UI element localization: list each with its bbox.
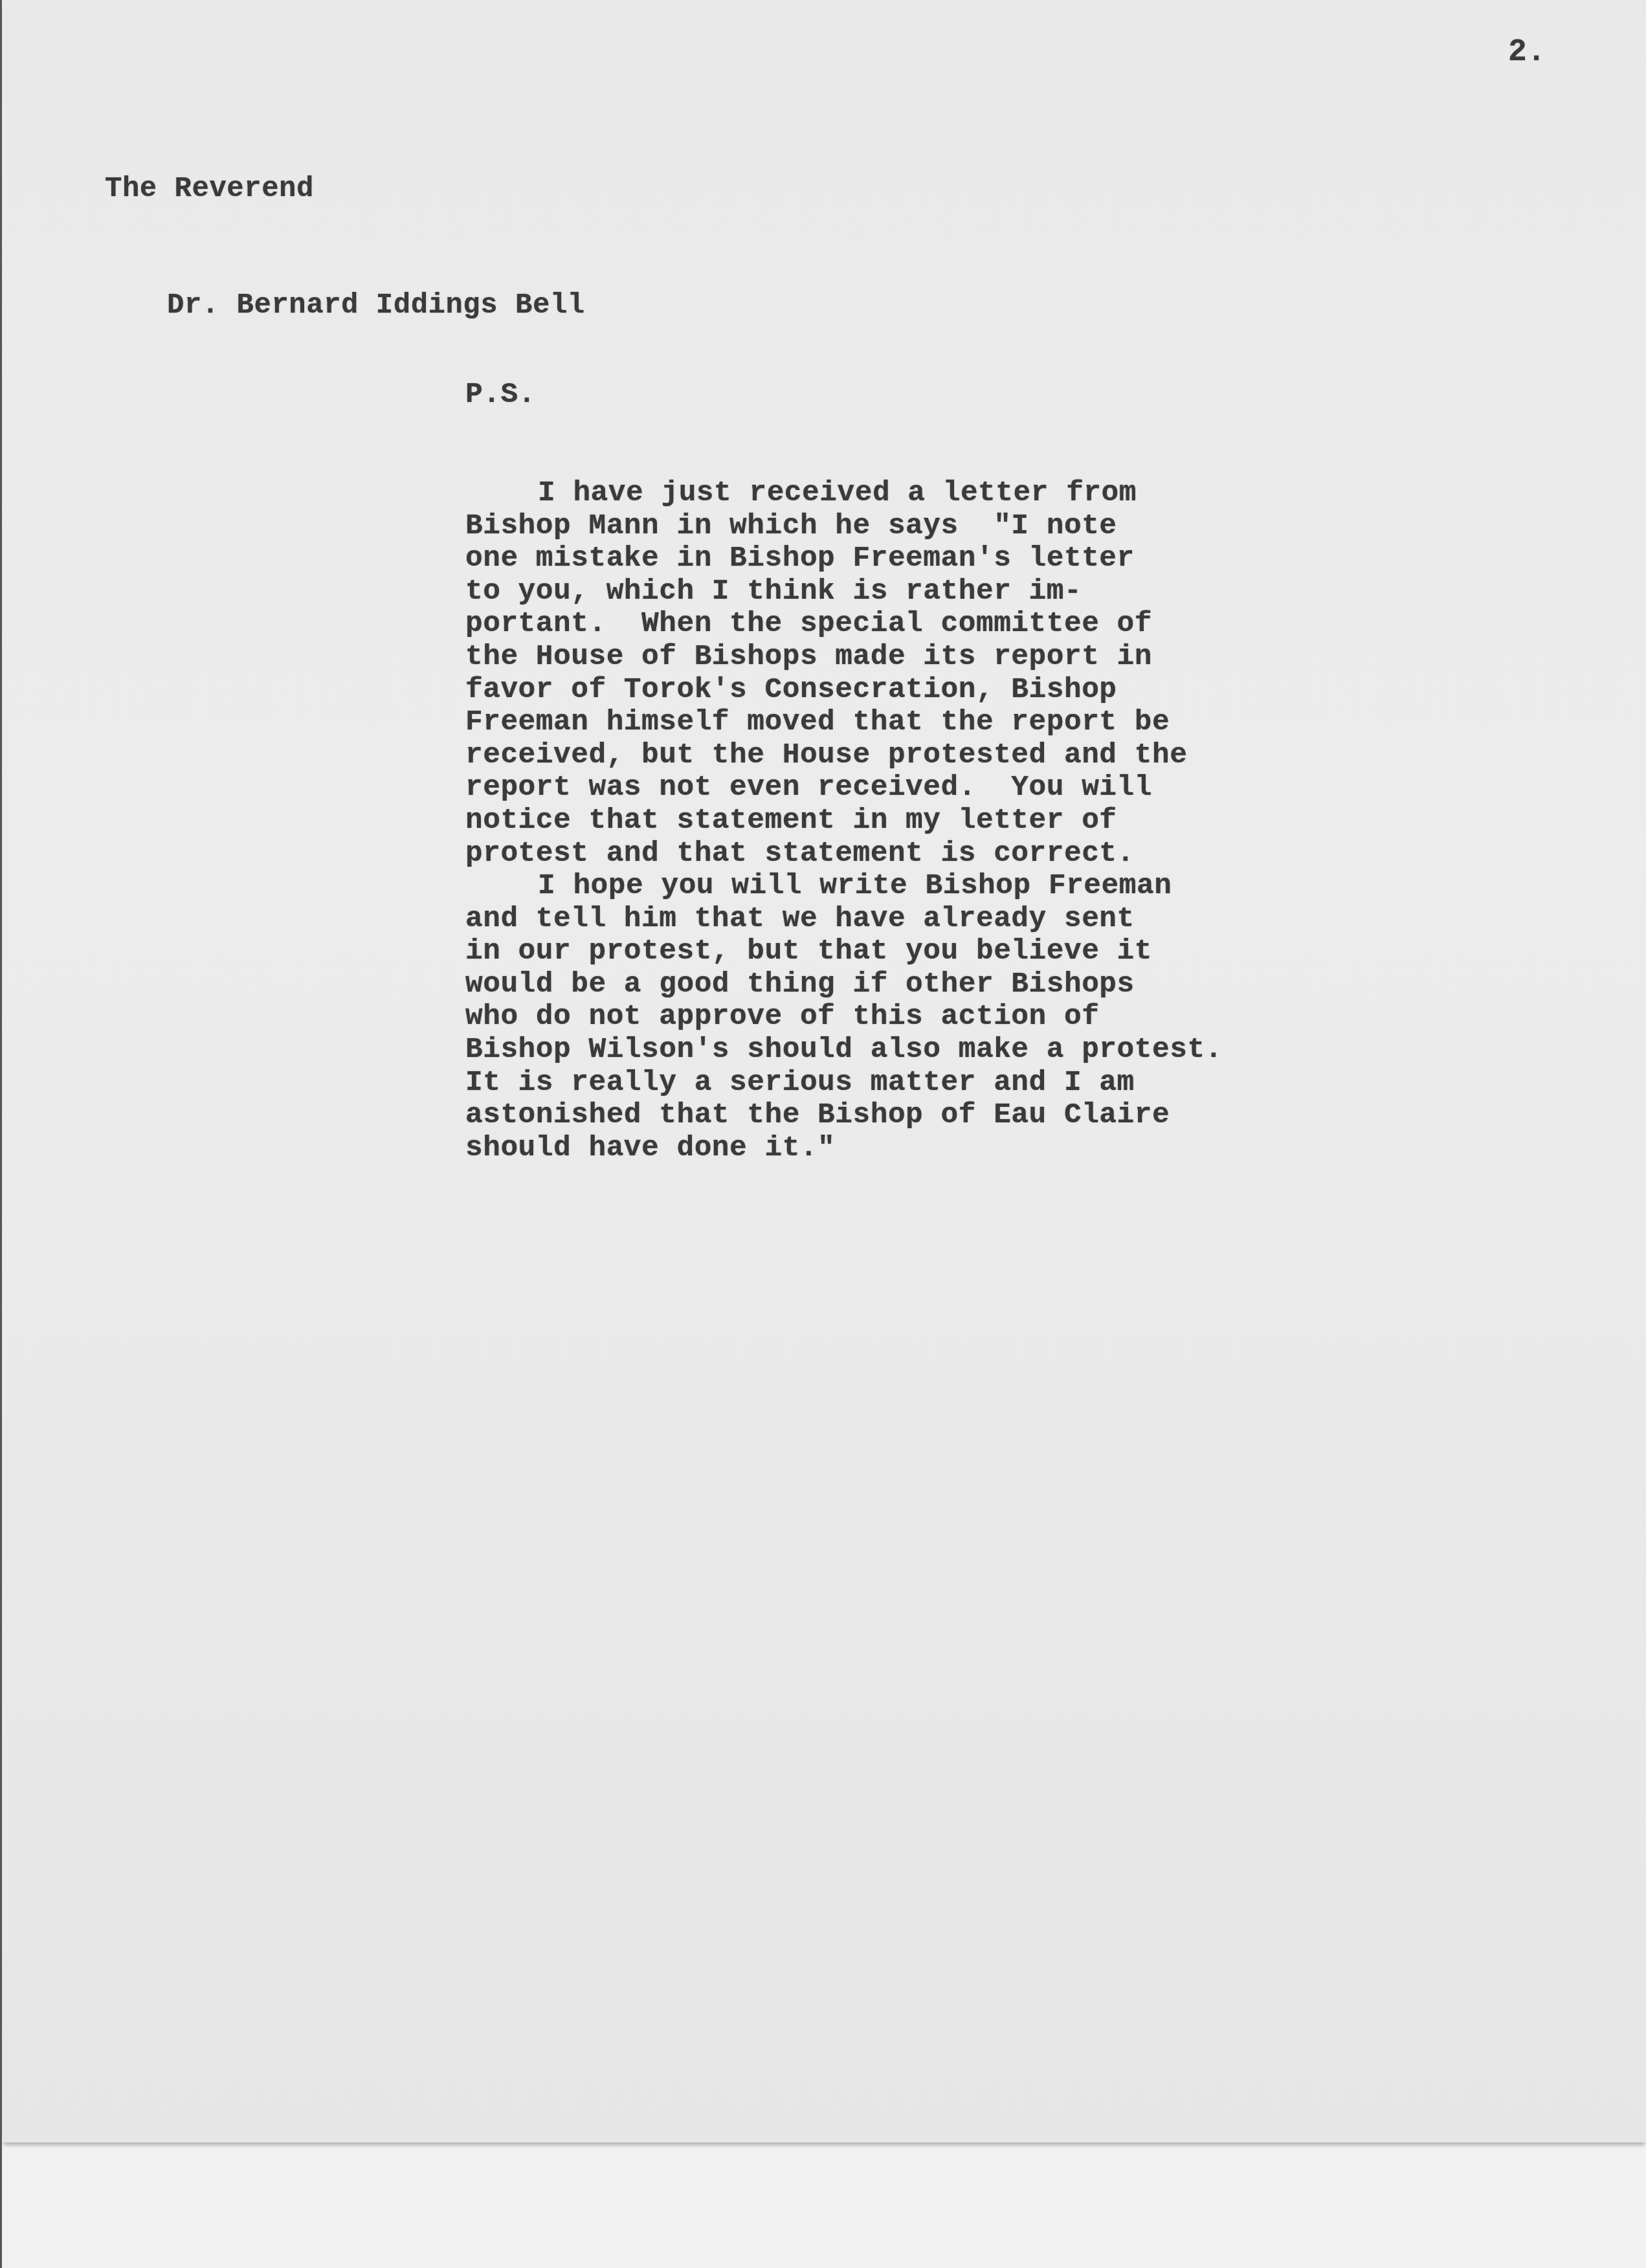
addressee-title: The Reverend bbox=[105, 170, 585, 208]
postscript-line: I have just received a letter from bbox=[465, 477, 1223, 510]
postscript-line: who do not approve of this action of bbox=[465, 1001, 1223, 1034]
postscript-line: notice that statement in my letter of bbox=[465, 805, 1223, 838]
postscript-line: protest and that statement is correct. bbox=[465, 838, 1223, 871]
postscript-line: It is really a serious matter and I am bbox=[465, 1067, 1223, 1100]
postscript-line: portant. When the special committee of bbox=[465, 608, 1223, 641]
page-number: 2. bbox=[1508, 35, 1546, 70]
postscript-line: received, but the House protested and th… bbox=[465, 739, 1223, 772]
postscript-line: Freeman himself moved that the report be bbox=[465, 706, 1223, 739]
postscript-line: report was not even received. You will bbox=[465, 772, 1223, 805]
postscript-line: Bishop Wilson's should also make a prote… bbox=[465, 1034, 1223, 1067]
scanner-edge bbox=[0, 0, 2, 2268]
postscript-line: Bishop Mann in which he says "I note bbox=[465, 510, 1223, 543]
postscript-line: in our protest, but that you believe it bbox=[465, 935, 1223, 968]
postscript-line: one mistake in Bishop Freeman's letter bbox=[465, 542, 1223, 575]
letter-page: 2. The Reverend Dr. Bernard Iddings Bell… bbox=[3, 0, 1646, 2142]
postscript-line: to you, which I think is rather im- bbox=[465, 575, 1223, 608]
postscript-line: favor of Torok's Consecration, Bishop bbox=[465, 674, 1223, 707]
postscript-line: I hope you will write Bishop Freeman bbox=[465, 870, 1223, 903]
postscript-line: astonished that the Bishop of Eau Claire bbox=[465, 1099, 1223, 1132]
postscript-body: I have just received a letter fromBishop… bbox=[465, 477, 1223, 1164]
postscript-line: should have done it." bbox=[465, 1132, 1223, 1165]
postscript-line: and tell him that we have already sent bbox=[465, 903, 1223, 936]
postscript: P.S. I have just received a letter fromB… bbox=[465, 313, 1223, 1230]
postscript-label: P.S. bbox=[465, 379, 1223, 412]
postscript-line: would be a good thing if other Bishops bbox=[465, 968, 1223, 1001]
postscript-line: the House of Bishops made its report in bbox=[465, 641, 1223, 674]
